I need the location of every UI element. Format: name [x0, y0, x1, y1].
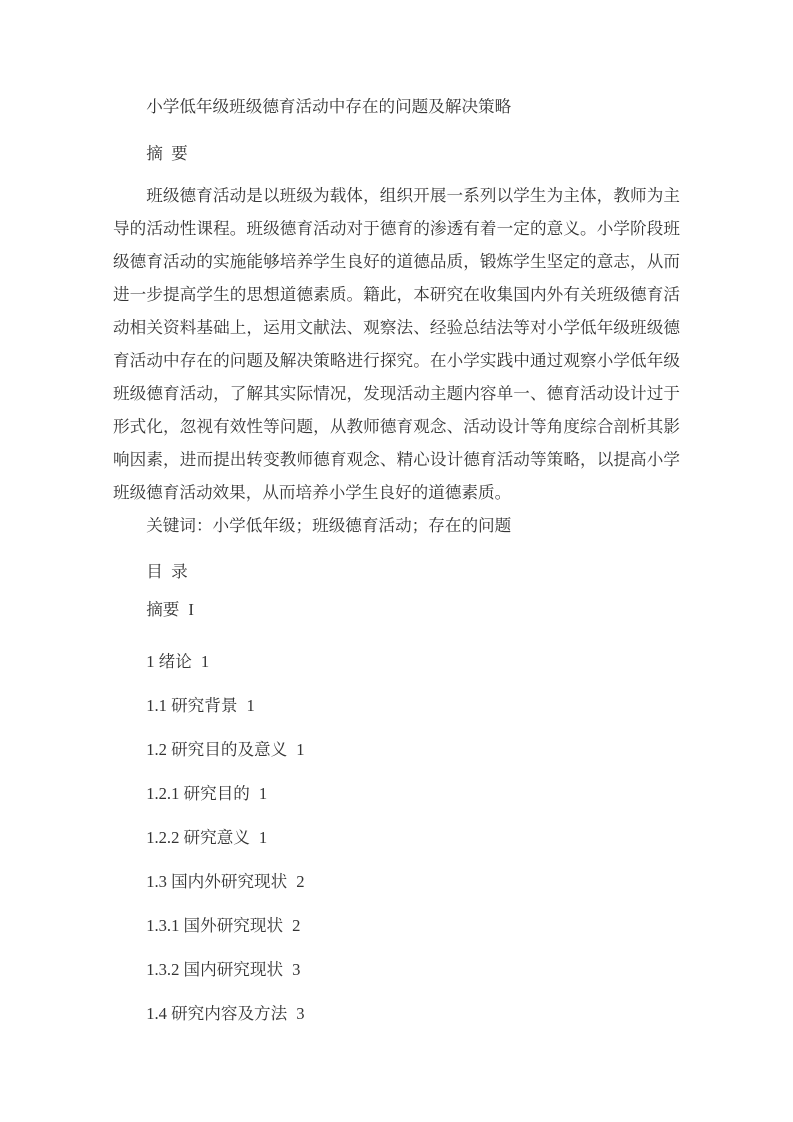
keywords-line: 关键词：小学低年级；班级德育活动；存在的问题: [113, 509, 680, 542]
abstract-paragraph: 班级德育活动是以班级为载体，组织开展一系列以学生为主体，教师为主导的活动性课程。…: [113, 179, 680, 509]
toc-item-label: 1.2.2 研究意义: [146, 828, 250, 847]
toc-item-label: 1.2.1 研究目的: [146, 784, 250, 803]
abstract-heading: 摘 要: [113, 137, 680, 170]
toc-item-label: 1 绪论: [146, 652, 192, 671]
toc-item-page: 1: [259, 828, 267, 847]
toc-item-page: 2: [296, 872, 304, 891]
toc-item-label: 1.2 研究目的及意义: [146, 740, 287, 759]
toc-item-1-2-1-purpose: 1.2.1 研究目的1: [113, 777, 680, 810]
toc-list: 摘要I 1 绪论1 1.1 研究背景1 1.2 研究目的及意义1 1.2.1 研…: [113, 593, 680, 1030]
document-title: 小学低年级班级德育活动中存在的问题及解决策略: [113, 90, 680, 123]
toc-heading: 目 录: [113, 555, 680, 588]
toc-item-page: 3: [292, 960, 300, 979]
toc-item-1-2-2-significance: 1.2.2 研究意义1: [113, 821, 680, 854]
toc-item-label: 1.1 研究背景: [146, 696, 237, 715]
toc-item-page: 1: [246, 696, 254, 715]
toc-item-abstract: 摘要I: [113, 593, 680, 626]
toc-item-page: 1: [259, 784, 267, 803]
toc-item-1-introduction: 1 绪论1: [113, 645, 680, 678]
toc-item-label: 1.3.1 国外研究现状: [146, 916, 283, 935]
toc-item-label: 1.3.2 国内研究现状: [146, 960, 283, 979]
toc-item-1-3-2-domestic-status: 1.3.2 国内研究现状3: [113, 953, 680, 986]
toc-item-label: 1.4 研究内容及方法: [146, 1004, 287, 1023]
toc-item-1-2-purpose-significance: 1.2 研究目的及意义1: [113, 733, 680, 766]
toc-item-1-3-1-foreign-status: 1.3.1 国外研究现状2: [113, 909, 680, 942]
toc-item-page: 3: [296, 1004, 304, 1023]
toc-item-page: I: [188, 600, 194, 619]
toc-item-label: 1.3 国内外研究现状: [146, 872, 287, 891]
toc-item-1-4-content-methods: 1.4 研究内容及方法3: [113, 997, 680, 1030]
toc-item-label: 摘要: [146, 600, 179, 619]
page-content: 小学低年级班级德育活动中存在的问题及解决策略 摘 要 班级德育活动是以班级为载体…: [0, 0, 793, 1030]
toc-item-page: 1: [201, 652, 209, 671]
toc-item-page: 1: [296, 740, 304, 759]
toc-item-1-1-background: 1.1 研究背景1: [113, 689, 680, 722]
toc-item-page: 2: [292, 916, 300, 935]
document-page: 小学低年级班级德育活动中存在的问题及解决策略 摘 要 班级德育活动是以班级为载体…: [0, 0, 793, 1122]
toc-item-1-3-research-status: 1.3 国内外研究现状2: [113, 865, 680, 898]
